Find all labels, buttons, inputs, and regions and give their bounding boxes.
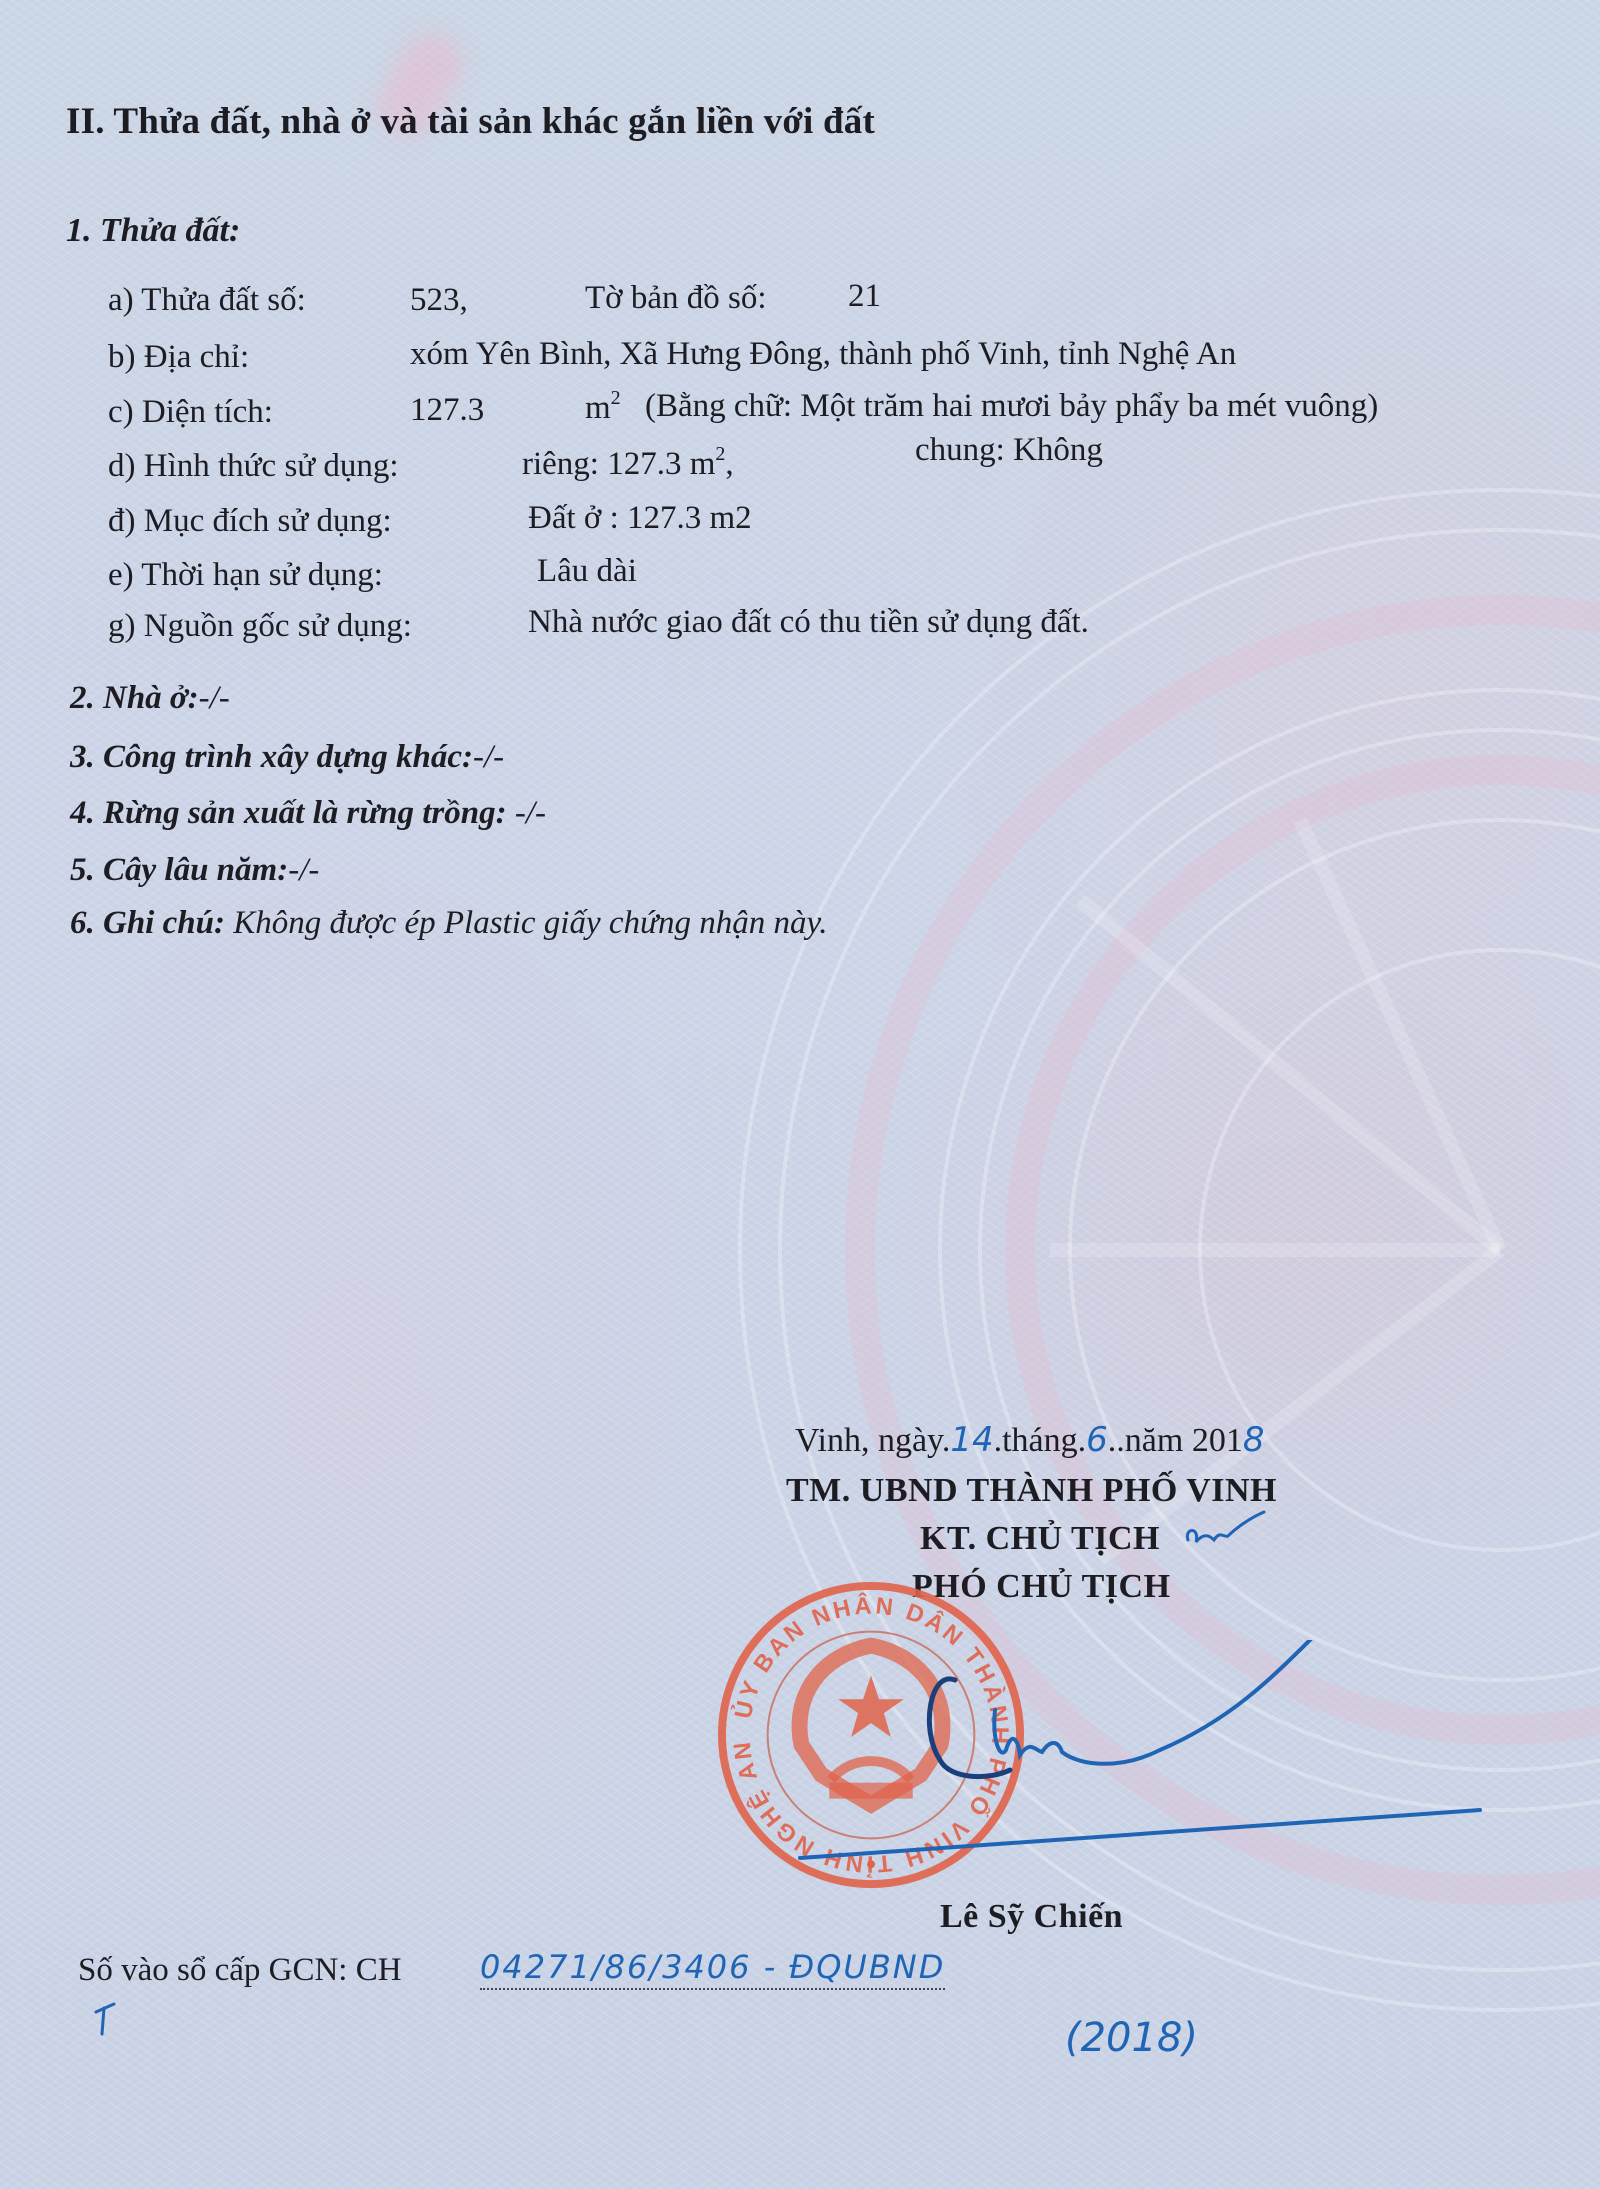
signer-name: Lê Sỹ Chiến: [940, 1898, 1123, 1936]
usage-private: riêng: 127.3 m2,: [522, 446, 734, 483]
term-value: Lâu dài: [537, 553, 637, 590]
usage-shared: chung: Không: [915, 432, 1103, 469]
initial-mark-icon: [1180, 1510, 1270, 1560]
handwritten-signature: [780, 1640, 1500, 1880]
item-production-forest: 4. Rừng sản xuất là rừng trồng: -/-: [70, 795, 546, 832]
registry-year-handwritten: (2018): [1065, 2015, 1198, 2061]
handwritten-day: 14: [950, 1420, 993, 1460]
area-unit: m2: [585, 390, 621, 427]
area-label: c) Diện tích:: [108, 394, 273, 431]
area-value: 127.3: [410, 392, 484, 429]
issue-date: Vinh, ngày.14.tháng.6..năm 2018: [795, 1420, 1264, 1460]
purpose-value: Đất ở : 127.3 m2: [528, 500, 752, 537]
land-heading: 1. Thửa đất:: [66, 212, 240, 250]
origin-label: g) Nguồn gốc sử dụng:: [108, 608, 412, 645]
registry-label: Số vào sổ cấp GCN: CH: [78, 1952, 402, 1989]
item-note: 6. Ghi chú: Không được ép Plastic giấy c…: [70, 905, 828, 942]
tick-mark-icon: [90, 2000, 120, 2040]
section-title: II. Thửa đất, nhà ở và tài sản khác gắn …: [66, 100, 875, 143]
map-sheet-value: 21: [848, 278, 881, 315]
parcel-number-label: a) Thửa đất số:: [108, 282, 306, 319]
on-behalf-of: KT. CHỦ TỊCH: [920, 1520, 1160, 1558]
purpose-label: đ) Mục đích sử dụng:: [108, 503, 392, 540]
parcel-number-value: 523,: [410, 282, 468, 319]
area-in-words: (Bằng chữ: Một trăm hai mươi bảy phẩy ba…: [645, 388, 1378, 425]
issuing-authority: TM. UBND THÀNH PHỐ VINH: [786, 1472, 1277, 1510]
usage-form-label: d) Hình thức sử dụng:: [108, 448, 399, 485]
handwritten-year-digit: 8: [1243, 1420, 1265, 1460]
item-other-construction: 3. Công trình xây dựng khác:-/-: [70, 739, 504, 776]
origin-value: Nhà nước giao đất có thu tiền sử dụng đấ…: [528, 604, 1089, 641]
address-label: b) Địa chỉ:: [108, 339, 249, 376]
item-house: 2. Nhà ở:-/-: [70, 680, 230, 717]
handwritten-month: 6: [1086, 1420, 1108, 1460]
map-sheet-label: Tờ bản đồ số:: [585, 280, 767, 317]
term-label: e) Thời hạn sử dụng:: [108, 557, 383, 594]
registry-number-handwritten: 04271/86/3406 - ĐQUBND: [480, 1948, 945, 1990]
item-perennial-trees: 5. Cây lâu năm:-/-: [70, 852, 319, 889]
address-value: xóm Yên Bình, Xã Hưng Đông, thành phố Vi…: [410, 336, 1236, 373]
